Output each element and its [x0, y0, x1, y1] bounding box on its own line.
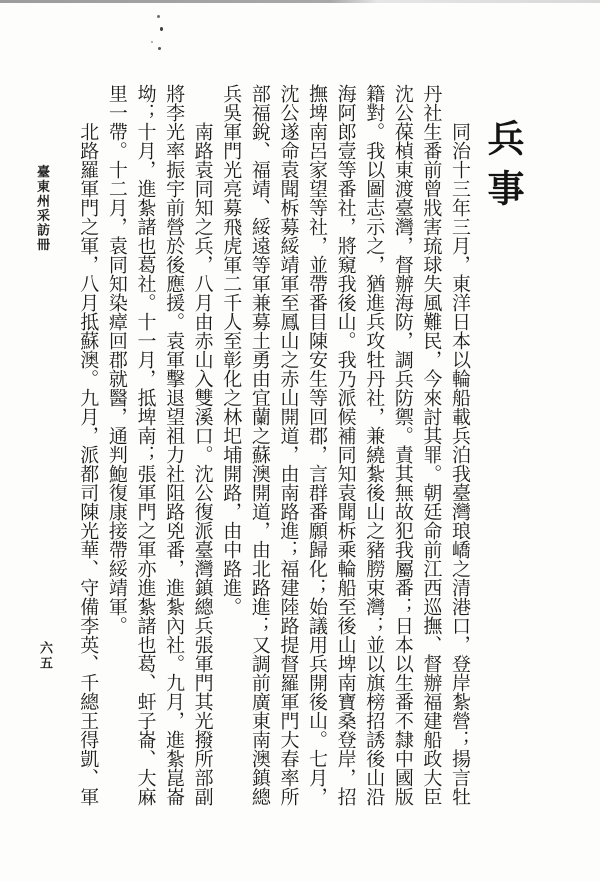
text-body: 同治十三年三月，東洋日本以輪船載兵泊我臺灣琅嶠之清港口，登岸紮營；揚言牡丹社生番… — [72, 84, 473, 808]
folio-page-number: 六五 — [36, 641, 55, 671]
scan-speck — [160, 27, 163, 31]
paragraph: 同治十三年三月，東洋日本以輪船載兵泊我臺灣琅嶠之清港口，登岸紮營；揚言牡丹社生番… — [216, 84, 473, 808]
scan-speck — [157, 15, 160, 18]
scan-speck — [158, 47, 161, 50]
scan-top-edge — [0, 0, 600, 3]
book-page: 兵事 同治十三年三月，東洋日本以輪船載兵泊我臺灣琅嶠之清港口，登岸紮營；揚言牡丹… — [0, 0, 600, 881]
section-title: 兵事 — [474, 119, 528, 219]
paragraph: 南路袁同知之兵，八月由赤山入雙溪口。沈公復派臺灣鎮總兵張軍門其光撥所部副將李光率… — [101, 84, 215, 808]
scan-speck — [151, 41, 153, 43]
spine-book-title: 臺東州采訪冊 — [33, 165, 52, 252]
paragraph: 北路羅軍門之軍，八月抵蘇澳。九月，派都司陳光華、守備李英、千總王得凱、軍 — [73, 84, 102, 808]
